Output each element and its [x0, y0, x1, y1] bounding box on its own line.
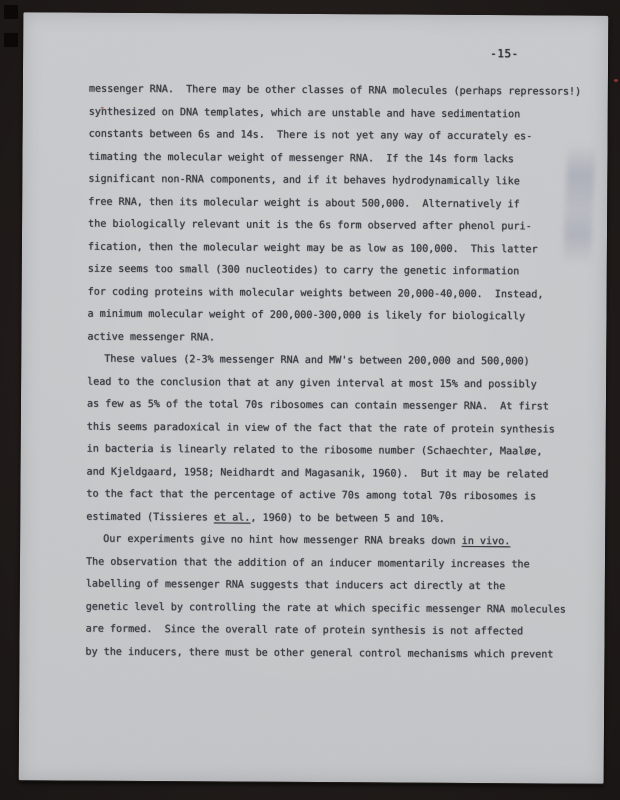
red-ink-speck	[101, 107, 104, 109]
text-line: timating the molecular weight of messeng…	[88, 146, 593, 172]
document-page: -15- messenger RNA. There may be other c…	[19, 12, 609, 784]
text-line: Our experiments give no hint how messeng…	[86, 529, 591, 555]
film-registration-mark	[4, 33, 18, 47]
text-line: lead to the conclusion that at any given…	[87, 371, 592, 397]
scanned-page-background: -15- messenger RNA. There may be other c…	[0, 0, 620, 800]
text-line: size seems too small (300 nucleotides) t…	[88, 259, 593, 285]
text-line: this seems paradoxical in view of the fa…	[87, 416, 592, 442]
text-line: free RNA, then its molecular weight is a…	[88, 191, 593, 217]
text-line: the biologically relevant unit is the 6s…	[88, 214, 593, 240]
text-line: These values (2-3% messenger RNA and MW'…	[87, 349, 592, 375]
text-line: and Kjeldgaard, 1958; Neidhardt and Maga…	[86, 461, 591, 487]
text-line: in bacteria is linearly related to the r…	[87, 439, 592, 465]
text-line: fication, then the molecular weight may …	[88, 236, 593, 262]
text-line: to the fact that the percentage of activ…	[86, 484, 591, 510]
text-line: estimated (Tissieres et al., 1960) to be…	[86, 506, 591, 532]
text-line: messenger RNA. There may be other classe…	[89, 79, 594, 105]
text-line: as few as 5% of the total 70s ribosomes …	[87, 394, 592, 420]
typewritten-text: messenger RNA. There may be other classe…	[85, 79, 594, 667]
film-registration-mark	[4, 5, 18, 19]
text-line: genetic level by controlling the rate at…	[86, 596, 591, 622]
text-line: by the inducers, there must be other gen…	[85, 641, 590, 667]
text-line: for coding proteins with molecular weigh…	[88, 281, 593, 307]
text-line: significant non-RNA components, and if i…	[88, 169, 593, 195]
page-number: -15-	[490, 47, 519, 60]
text-line: constants between 6s and 14s. There is n…	[89, 124, 594, 150]
text-line: synthesized on DNA templates, which are …	[89, 101, 594, 127]
text-line: a minimum molecular weight of 200,000-30…	[87, 304, 592, 330]
text-line: active messenger RNA.	[87, 326, 592, 352]
text-line: labelling of messenger RNA suggests that…	[86, 574, 591, 600]
text-line: are formed. Since the overall rate of pr…	[86, 619, 591, 645]
text-line: The observation that the addition of an …	[86, 551, 591, 577]
red-film-speck	[614, 79, 618, 82]
